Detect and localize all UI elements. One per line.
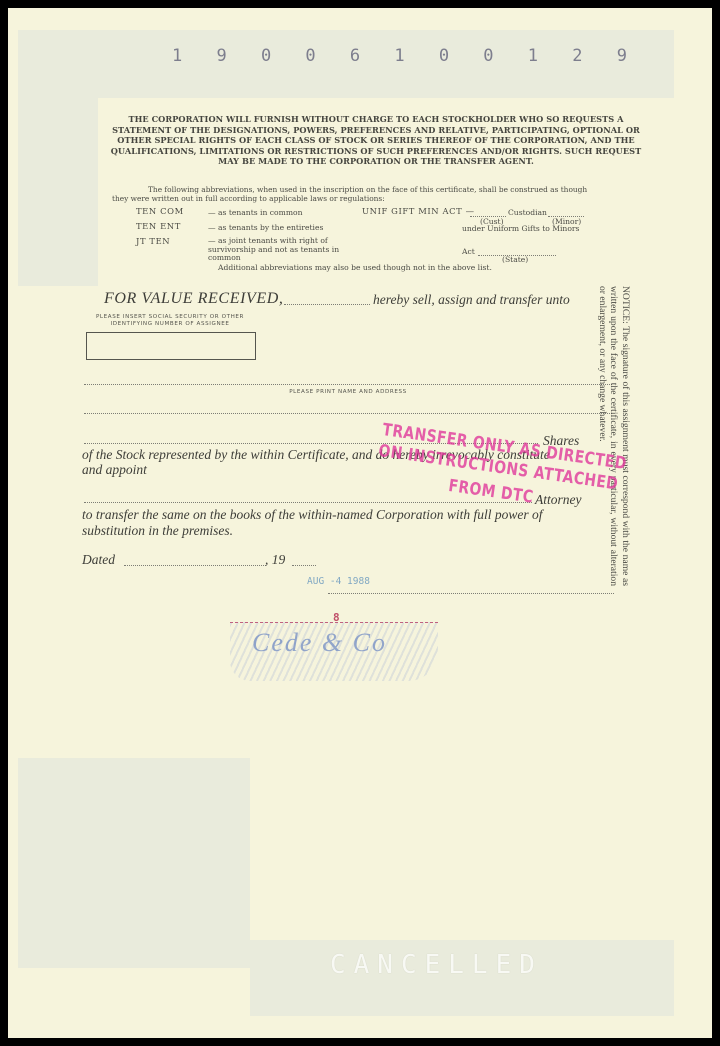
date-stamp: AUG -4 1988 (307, 576, 370, 587)
unif-gift-label: UNIF GIFT MIN ACT — (362, 207, 475, 216)
transfer-text-line-2: substitution in the premises. (82, 523, 233, 539)
abbr-meaning-ten-com: — as tenants in common (208, 208, 302, 217)
left-band (18, 98, 98, 286)
stock-text-line-2: and appoint (82, 462, 147, 478)
for-value-received: FOR VALUE RECEIVED, (104, 290, 284, 308)
ssn-label-line-2: IDENTIFYING NUMBER OF ASSIGNEE (80, 321, 260, 327)
act-label: Act (462, 247, 475, 256)
date-field[interactable] (124, 565, 266, 566)
signature-notice: NOTICE: The signature of this assignment… (596, 286, 631, 586)
attorney-label: Attorney (535, 492, 582, 508)
signature-cede-co: Cede & Co (252, 628, 387, 658)
year-prefix: , 19 (265, 552, 285, 568)
uniform-gifts-label: under Uniform Gifts to Minors (462, 224, 579, 233)
state-label: (State) (502, 255, 528, 264)
signature-line[interactable] (328, 593, 614, 594)
transfer-text-line-1: to transfer the same on the books of the… (82, 507, 543, 523)
attorney-field[interactable] (84, 502, 532, 503)
dated-label: Dated (82, 552, 115, 568)
abbr-key-jt-ten: JT TEN (136, 237, 170, 246)
serial-number: 1 9 0 0 6 1 0 0 1 2 9 (172, 46, 639, 66)
sell-assign-transfer: hereby sell, assign and transfer unto (373, 292, 570, 308)
abbr-meaning-ten-ent: — as tenants by the entireties (208, 223, 323, 232)
ssn-input-box[interactable] (86, 332, 256, 360)
custodian-label: Custodian (508, 208, 547, 217)
year-field[interactable] (292, 565, 316, 566)
name-address-label: PLEASE PRINT NAME AND ADDRESS (84, 389, 612, 395)
abbreviations-intro: The following abbreviations, when used i… (112, 185, 602, 203)
abbr-meaning-jt-ten: — as joint tenants with right of survivo… (208, 237, 348, 263)
ssn-label-line-1: PLEASE INSERT SOCIAL SECURITY OR OTHER (80, 314, 260, 320)
abbreviations-footer: Additional abbreviations may also be use… (218, 263, 492, 272)
assignor-field[interactable] (284, 304, 370, 305)
lower-left-band (18, 758, 250, 968)
name-address-line-1[interactable] (84, 384, 612, 385)
abbr-key-ten-com: TEN COM (136, 207, 184, 216)
corporation-legend: THE CORPORATION WILL FURNISH WITHOUT CHA… (100, 114, 652, 167)
cancellation-perforation: CANCELLED (330, 950, 543, 980)
name-address-line-2[interactable] (84, 413, 612, 414)
abbr-key-ten-ent: TEN ENT (136, 222, 181, 231)
